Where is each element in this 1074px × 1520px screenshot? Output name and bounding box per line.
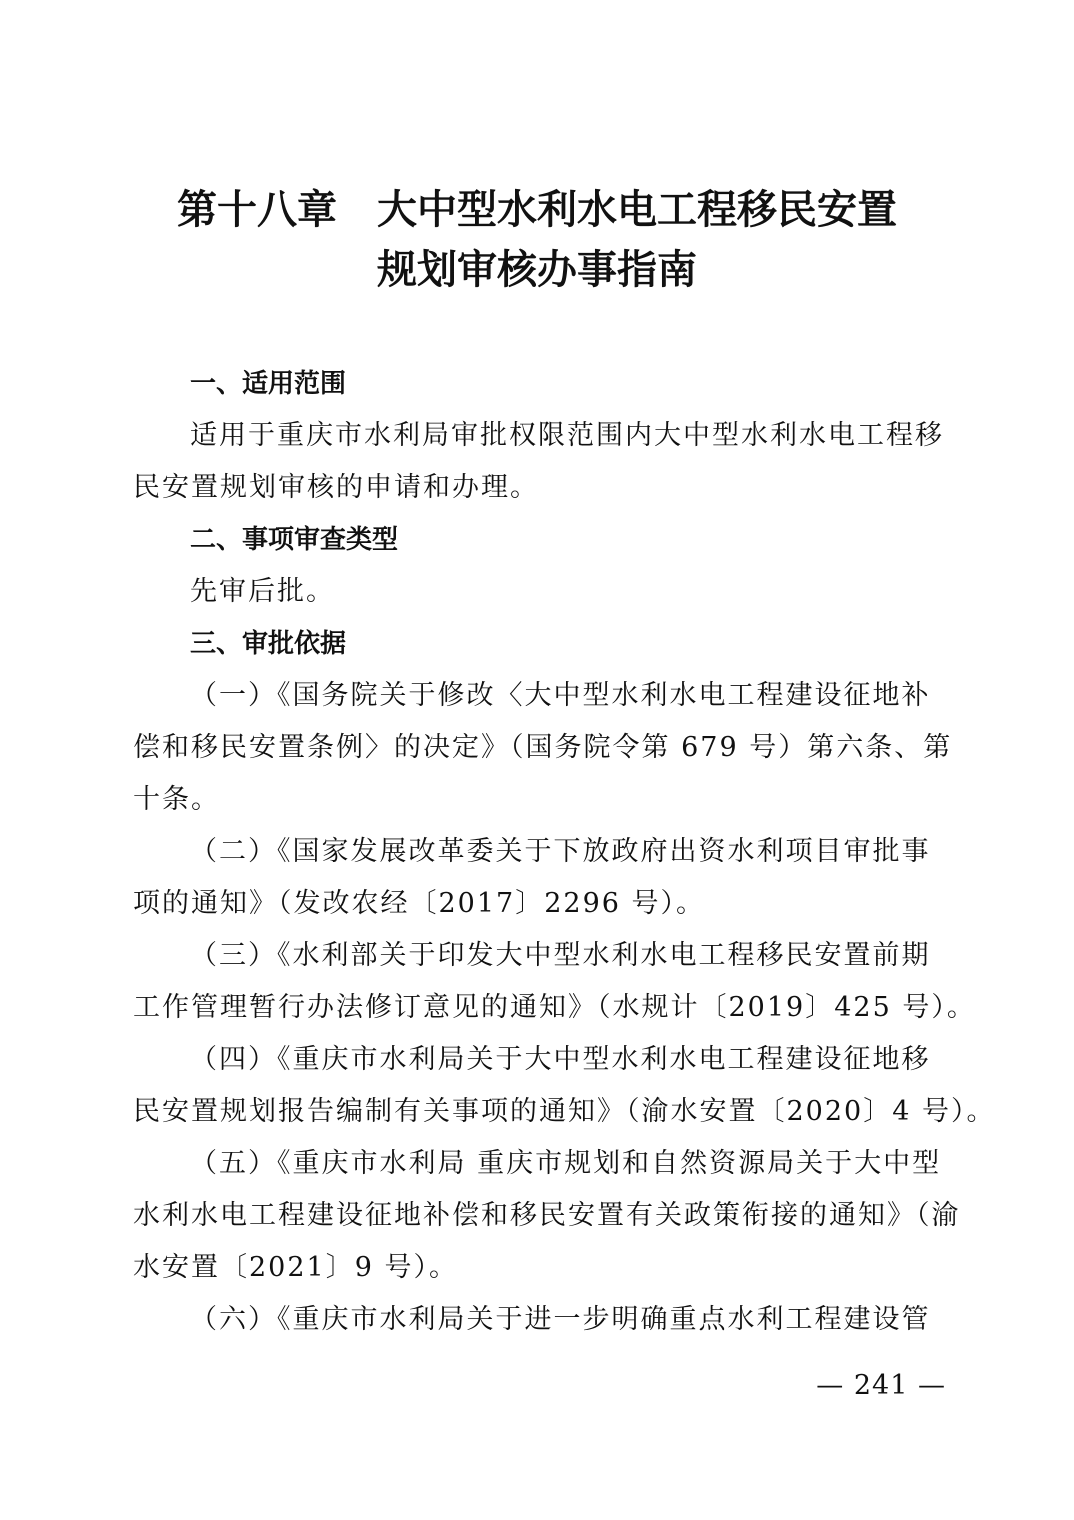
paragraph-line: 偿和移民安置条例〉的决定》（国务院令第 679 号）第六条、第: [133, 722, 945, 774]
chapter-title-line-2: 规划审核办事指南: [0, 240, 1074, 300]
paragraph-line: （一）《国务院关于修改〈大中型水利水电工程建设征地补: [133, 670, 945, 722]
paragraph-line: 水安置〔2021〕9 号）。: [133, 1242, 945, 1294]
paragraph-line: （二）《国家发展改革委关于下放政府出资水利项目审批事: [133, 826, 945, 878]
basis-item-6: （六）《重庆市水利局关于进一步明确重点水利工程建设管: [133, 1294, 945, 1346]
section-scope-paragraph: 适用于重庆市水利局审批权限范围内大中型水利水电工程移 民安置规划审核的申请和办理…: [133, 410, 945, 514]
document-body: 一、适用范围 适用于重庆市水利局审批权限范围内大中型水利水电工程移 民安置规划审…: [133, 358, 945, 1346]
paragraph-line: （三）《水利部关于印发大中型水利水电工程移民安置前期: [133, 930, 945, 982]
basis-item-3: （三）《水利部关于印发大中型水利水电工程移民安置前期 工作管理暂行办法修订意见的…: [133, 930, 945, 1034]
paragraph-line: 工作管理暂行办法修订意见的通知》（水规计〔2019〕425 号）。: [133, 982, 945, 1034]
paragraph-line: （六）《重庆市水利局关于进一步明确重点水利工程建设管: [133, 1294, 945, 1346]
document-page: 第十八章大中型水利水电工程移民安置 规划审核办事指南 一、适用范围 适用于重庆市…: [0, 0, 1074, 1520]
chapter-number: 第十八章: [177, 186, 337, 233]
basis-item-2: （二）《国家发展改革委关于下放政府出资水利项目审批事 项的通知》（发改农经〔20…: [133, 826, 945, 930]
section-heading-scope: 一、适用范围: [133, 358, 945, 410]
paragraph-line: 十条。: [133, 774, 945, 826]
chapter-title-line-1: 第十八章大中型水利水电工程移民安置: [0, 180, 1074, 240]
basis-item-1: （一）《国务院关于修改〈大中型水利水电工程建设征地补 偿和移民安置条例〉的决定》…: [133, 670, 945, 826]
paragraph-line: 民安置规划报告编制有关事项的通知》（渝水安置〔2020〕4 号）。: [133, 1086, 945, 1138]
paragraph-line: （四）《重庆市水利局关于大中型水利水电工程建设征地移: [133, 1034, 945, 1086]
basis-item-5: （五）《重庆市水利局 重庆市规划和自然资源局关于大中型 水利水电工程建设征地补偿…: [133, 1138, 945, 1294]
basis-item-4: （四）《重庆市水利局关于大中型水利水电工程建设征地移 民安置规划报告编制有关事项…: [133, 1034, 945, 1138]
page-number: — 241 —: [816, 1366, 946, 1406]
paragraph-line: 项的通知》（发改农经〔2017〕2296 号）。: [133, 878, 945, 930]
paragraph-line: 先审后批。: [133, 566, 945, 618]
paragraph-line: 适用于重庆市水利局审批权限范围内大中型水利水电工程移: [133, 410, 945, 462]
chapter-title-text: 大中型水利水电工程移民安置: [377, 186, 897, 233]
paragraph-line: （五）《重庆市水利局 重庆市规划和自然资源局关于大中型: [133, 1138, 945, 1190]
paragraph-line: 水利水电工程建设征地补偿和移民安置有关政策衔接的通知》（渝: [133, 1190, 945, 1242]
section-heading-approval-basis: 三、审批依据: [133, 618, 945, 670]
section-heading-review-type: 二、事项审查类型: [133, 514, 945, 566]
paragraph-line: 民安置规划审核的申请和办理。: [133, 462, 945, 514]
chapter-title-text-2: 规划审核办事指南: [377, 246, 697, 293]
section-review-type-paragraph: 先审后批。: [133, 566, 945, 618]
